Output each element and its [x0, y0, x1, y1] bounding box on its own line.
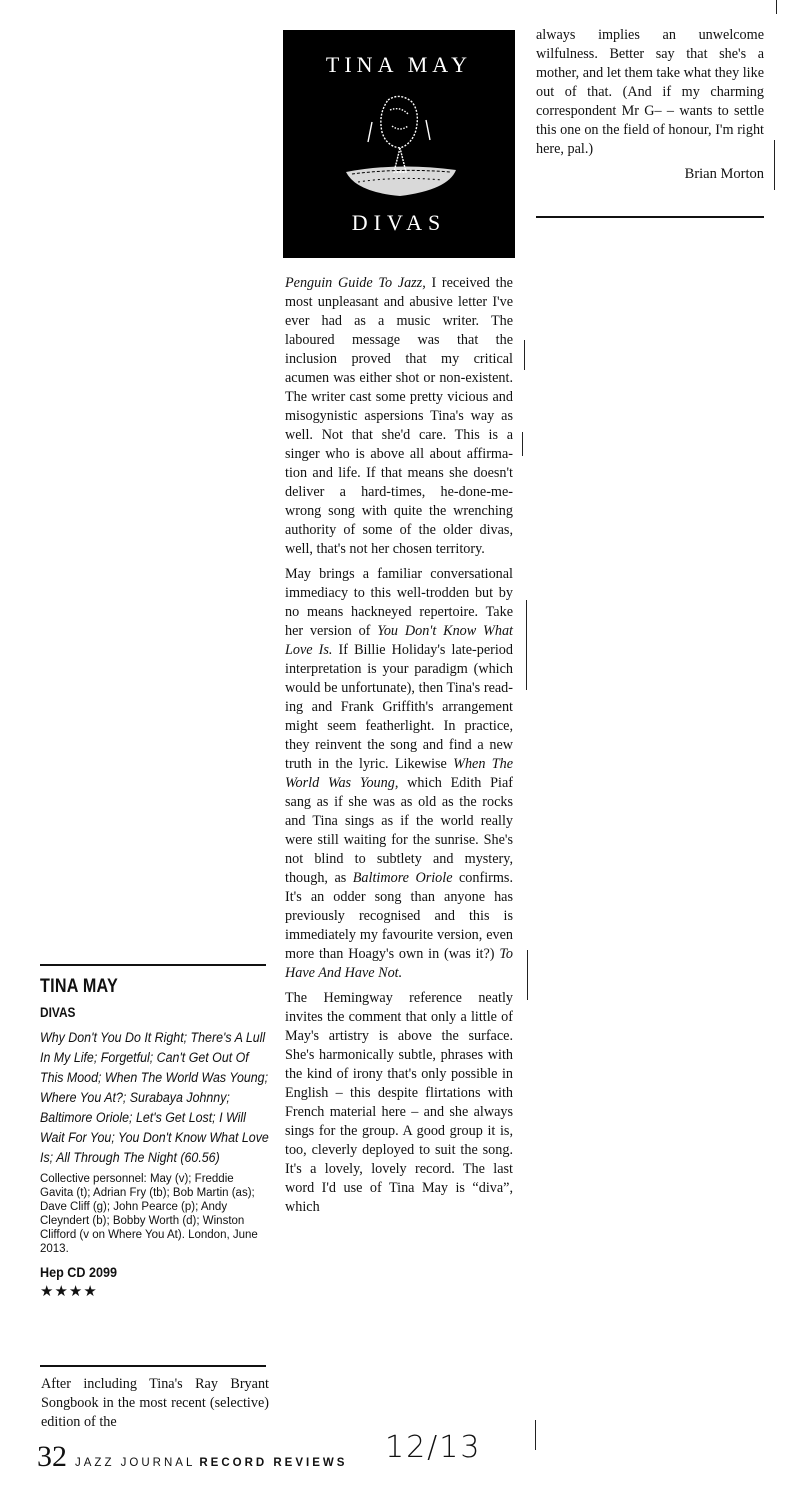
- article-column-right: always implies an unwelcome wilfulness. …: [536, 26, 764, 184]
- book-title: Penguin Guide To Jazz,: [285, 275, 426, 291]
- article-end-rule: [536, 216, 764, 218]
- scan-mark: [774, 140, 775, 190]
- page-footer: 32 JAZZ JOURNAL RECORD REVIEWS: [37, 1440, 347, 1480]
- section-name: RECORD REVIEWS: [199, 1457, 347, 1469]
- publication-name: JAZZ JOURNAL: [75, 1457, 195, 1469]
- portrait-illustration-icon: [338, 92, 463, 207]
- label-catalog-number: Hep CD 2099: [40, 1264, 247, 1280]
- cover-subtitle: DIVAS: [283, 210, 515, 236]
- album-title: DIVAS: [40, 1004, 236, 1020]
- article-column-left: After including Tina's Ray Bryant Songbo…: [41, 1375, 269, 1438]
- review-header-bottom-rule: [40, 1365, 266, 1367]
- personnel: Collective personnel: May (v); Freddie G…: [40, 1172, 270, 1256]
- article-paragraph-3: The Hemingway reference neatly invites t…: [285, 989, 513, 1217]
- scan-mark: [524, 340, 525, 370]
- scan-mark: [776, 0, 777, 14]
- album-cover: TINA MAY DIVAS: [283, 30, 515, 258]
- scan-mark: [522, 432, 523, 456]
- song-title: Baltimore Oriole: [353, 870, 453, 886]
- star-rating-icon: ★★★★: [40, 1282, 270, 1300]
- page-number: 32: [37, 1440, 67, 1473]
- review-header-top-rule: [40, 964, 266, 966]
- article-paragraph-continued: always implies an unwelcome wilfulness. …: [536, 26, 764, 159]
- article-column-middle: Penguin Guide To Jazz, I received the mo…: [285, 274, 513, 1223]
- review-header: TINA MAY DIVAS Why Don't You Do It Right…: [40, 976, 270, 1300]
- scan-mark: [526, 600, 527, 690]
- cover-title: TINA MAY: [283, 52, 515, 78]
- artist-name: TINA MAY: [40, 976, 236, 998]
- tracklist: Why Don't You Do It Right; There's A Lul…: [40, 1028, 270, 1168]
- article-paragraph-2: May brings a familiar conversa­tional im…: [285, 565, 513, 983]
- article-paragraph-1: Penguin Guide To Jazz, I received the mo…: [285, 274, 513, 559]
- scan-mark: [535, 1420, 536, 1450]
- scan-mark: [527, 950, 528, 1000]
- article-paragraph-opening: After including Tina's Ray Bryant Songbo…: [41, 1375, 269, 1432]
- handwritten-date: 12/13: [385, 1430, 481, 1465]
- byline: Brian Morton: [536, 165, 764, 184]
